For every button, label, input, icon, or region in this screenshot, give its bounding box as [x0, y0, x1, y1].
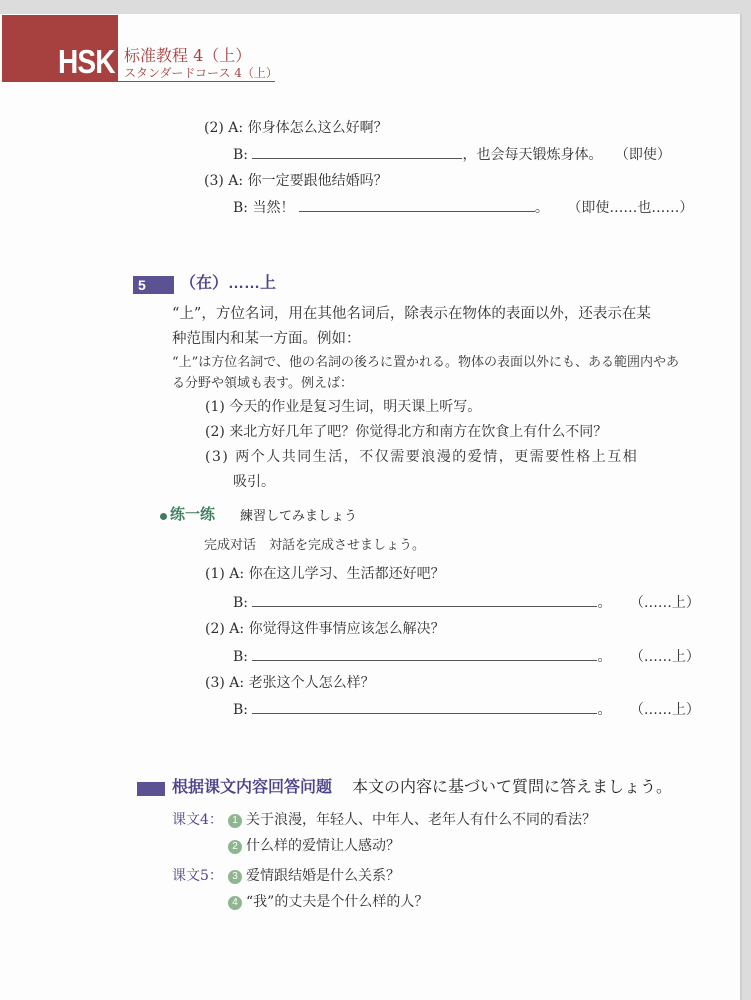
- example-3-continued: 吸引。: [233, 473, 275, 491]
- example-text: 今天的作业是复习生词，明天课上听写。: [229, 399, 481, 415]
- grammar-hint: （即使……也……）: [567, 200, 693, 216]
- lesson-5-label: 课文5：: [172, 867, 223, 885]
- answer-suffix: 。: [535, 200, 549, 216]
- section-title: （在）……上: [180, 274, 276, 294]
- grammar-hint: （……上）: [630, 595, 700, 611]
- question-text: “我”的丈夫是个什么样的人？: [246, 894, 428, 910]
- question-1: 1关于浪漫，年轻人、中年人、老年人有什么不同的看法？: [228, 811, 596, 829]
- circled-number-icon: 3: [228, 870, 242, 884]
- practice-item-1-answer: B: 。 （……上）: [233, 593, 700, 612]
- hsk-logo: HSK: [58, 44, 115, 80]
- practice-item-1-question: (1) A: 你在这儿学习、生活都还好吧？: [205, 565, 445, 583]
- question-a: A: 你身体怎么这么好啊？: [228, 120, 387, 136]
- prev-item-2-answer: B: ，也会每天锻炼身体。 （即使）: [233, 145, 671, 164]
- practice-instruction: 完成对话 対話を完成させましょう。: [204, 537, 425, 554]
- example-number: (1): [205, 399, 225, 415]
- question-3: 3爱情跟结婚是什么关系？: [228, 867, 400, 885]
- bullet-dot-icon: [160, 513, 167, 520]
- answer-prefix: B:: [233, 649, 248, 665]
- prev-item-2-question: (2) A: 你身体怎么这么好啊？: [204, 119, 388, 137]
- section-marker-bar: [137, 782, 165, 796]
- explanation-jp-line1: “上”は方位名詞で、他の名詞の後ろに置かれる。物体の表面以外にも、ある範囲内やあ: [172, 354, 679, 371]
- example-text: 来北方好几年了吧？你觉得北方和南方在饮食上有什么不同？: [229, 424, 607, 440]
- answer-blank[interactable]: [252, 700, 597, 714]
- qa-section-title: 根据课文内容回答问题: [172, 778, 332, 798]
- example-1: (1) 今天的作业是复习生词，明天课上听写。: [205, 398, 481, 416]
- example-number: (3): [205, 449, 229, 465]
- book-title: 标准教程 4（上）: [124, 46, 251, 66]
- practice-item-3-question: (3) A: 老张这个人怎么样？: [205, 674, 375, 692]
- answer-prefix: B: 当然！: [233, 200, 294, 216]
- question-a: A: 你在这儿学习、生活都还好吧？: [229, 566, 444, 582]
- item-number: (3): [205, 675, 225, 691]
- question-4: 4“我”的丈夫是个什么样的人？: [228, 893, 428, 911]
- grammar-hint: （……上）: [630, 649, 700, 665]
- item-number: (1): [205, 566, 225, 582]
- question-2: 2什么样的爱情让人感动？: [228, 837, 400, 855]
- prev-item-3-answer: B: 当然！ 。 （即使……也……）: [233, 198, 693, 217]
- answer-prefix: B:: [233, 702, 248, 718]
- practice-title: 练一练: [170, 505, 215, 525]
- grammar-hint: （……上）: [630, 702, 700, 718]
- example-3: (3) 两个人共同生活，不仅需要浪漫的爱情，更需要性格上互相: [205, 448, 638, 466]
- question-a: A: 你觉得这件事情应该怎么解决？: [229, 621, 444, 637]
- circled-number-icon: 2: [228, 840, 242, 854]
- answer-blank[interactable]: [299, 198, 535, 212]
- question-text: 关于浪漫，年轻人、中年人、老年人有什么不同的看法？: [246, 812, 596, 828]
- circled-number-icon: 1: [228, 814, 242, 828]
- section-number: 5: [138, 276, 146, 294]
- practice-item-2-answer: B: 。 （……上）: [233, 647, 700, 666]
- question-a: A: 你一定要跟他结婚吗？: [228, 173, 387, 189]
- explanation-cn-line2: 种范围内和某一方面。例如：: [172, 330, 361, 348]
- answer-suffix: 。: [597, 649, 611, 665]
- answer-blank[interactable]: [252, 145, 462, 159]
- example-text: 两个人共同生活，不仅需要浪漫的爱情，更需要性格上互相: [235, 449, 638, 465]
- book-subtitle: スタンダードコース 4（上）: [124, 66, 278, 81]
- circled-number-icon: 4: [228, 896, 242, 910]
- question-a: A: 老张这个人怎么样？: [229, 675, 374, 691]
- answer-prefix: B:: [233, 595, 248, 611]
- explanation-cn-line1: “上”，方位名词，用在其他名词后，除表示在物体的表面以外，还表示在某: [172, 305, 651, 323]
- question-text: 爱情跟结婚是什么关系？: [246, 868, 400, 884]
- item-number: (2): [205, 621, 225, 637]
- header-underline: [118, 81, 275, 82]
- answer-suffix: ，也会每天锻炼身体。: [462, 147, 602, 163]
- practice-title-jp: 練習してみましょう: [240, 507, 357, 525]
- answer-prefix: B:: [233, 147, 248, 163]
- answer-suffix: 。: [597, 702, 611, 718]
- example-2: (2) 来北方好几年了吧？你觉得北方和南方在饮食上有什么不同？: [205, 423, 607, 441]
- grammar-hint: （即使）: [615, 147, 671, 163]
- section-number-badge: 5: [133, 276, 174, 294]
- explanation-jp-line2: る分野や領域も表す。例えば：: [172, 375, 353, 392]
- qa-section-title-jp: 本文の内容に基づいて質問に答えましょう。: [352, 778, 672, 798]
- prev-item-3-question: (3) A: 你一定要跟他结婚吗？: [204, 172, 388, 190]
- answer-suffix: 。: [597, 595, 611, 611]
- answer-blank[interactable]: [252, 647, 597, 661]
- answer-blank[interactable]: [252, 593, 597, 607]
- practice-item-3-answer: B: 。 （……上）: [233, 700, 700, 719]
- example-number: (2): [205, 424, 225, 440]
- item-number: (3): [204, 173, 224, 189]
- item-number: (2): [204, 120, 224, 136]
- question-text: 什么样的爱情让人感动？: [246, 838, 400, 854]
- practice-item-2-question: (2) A: 你觉得这件事情应该怎么解决？: [205, 620, 445, 638]
- lesson-4-label: 课文4：: [172, 811, 223, 829]
